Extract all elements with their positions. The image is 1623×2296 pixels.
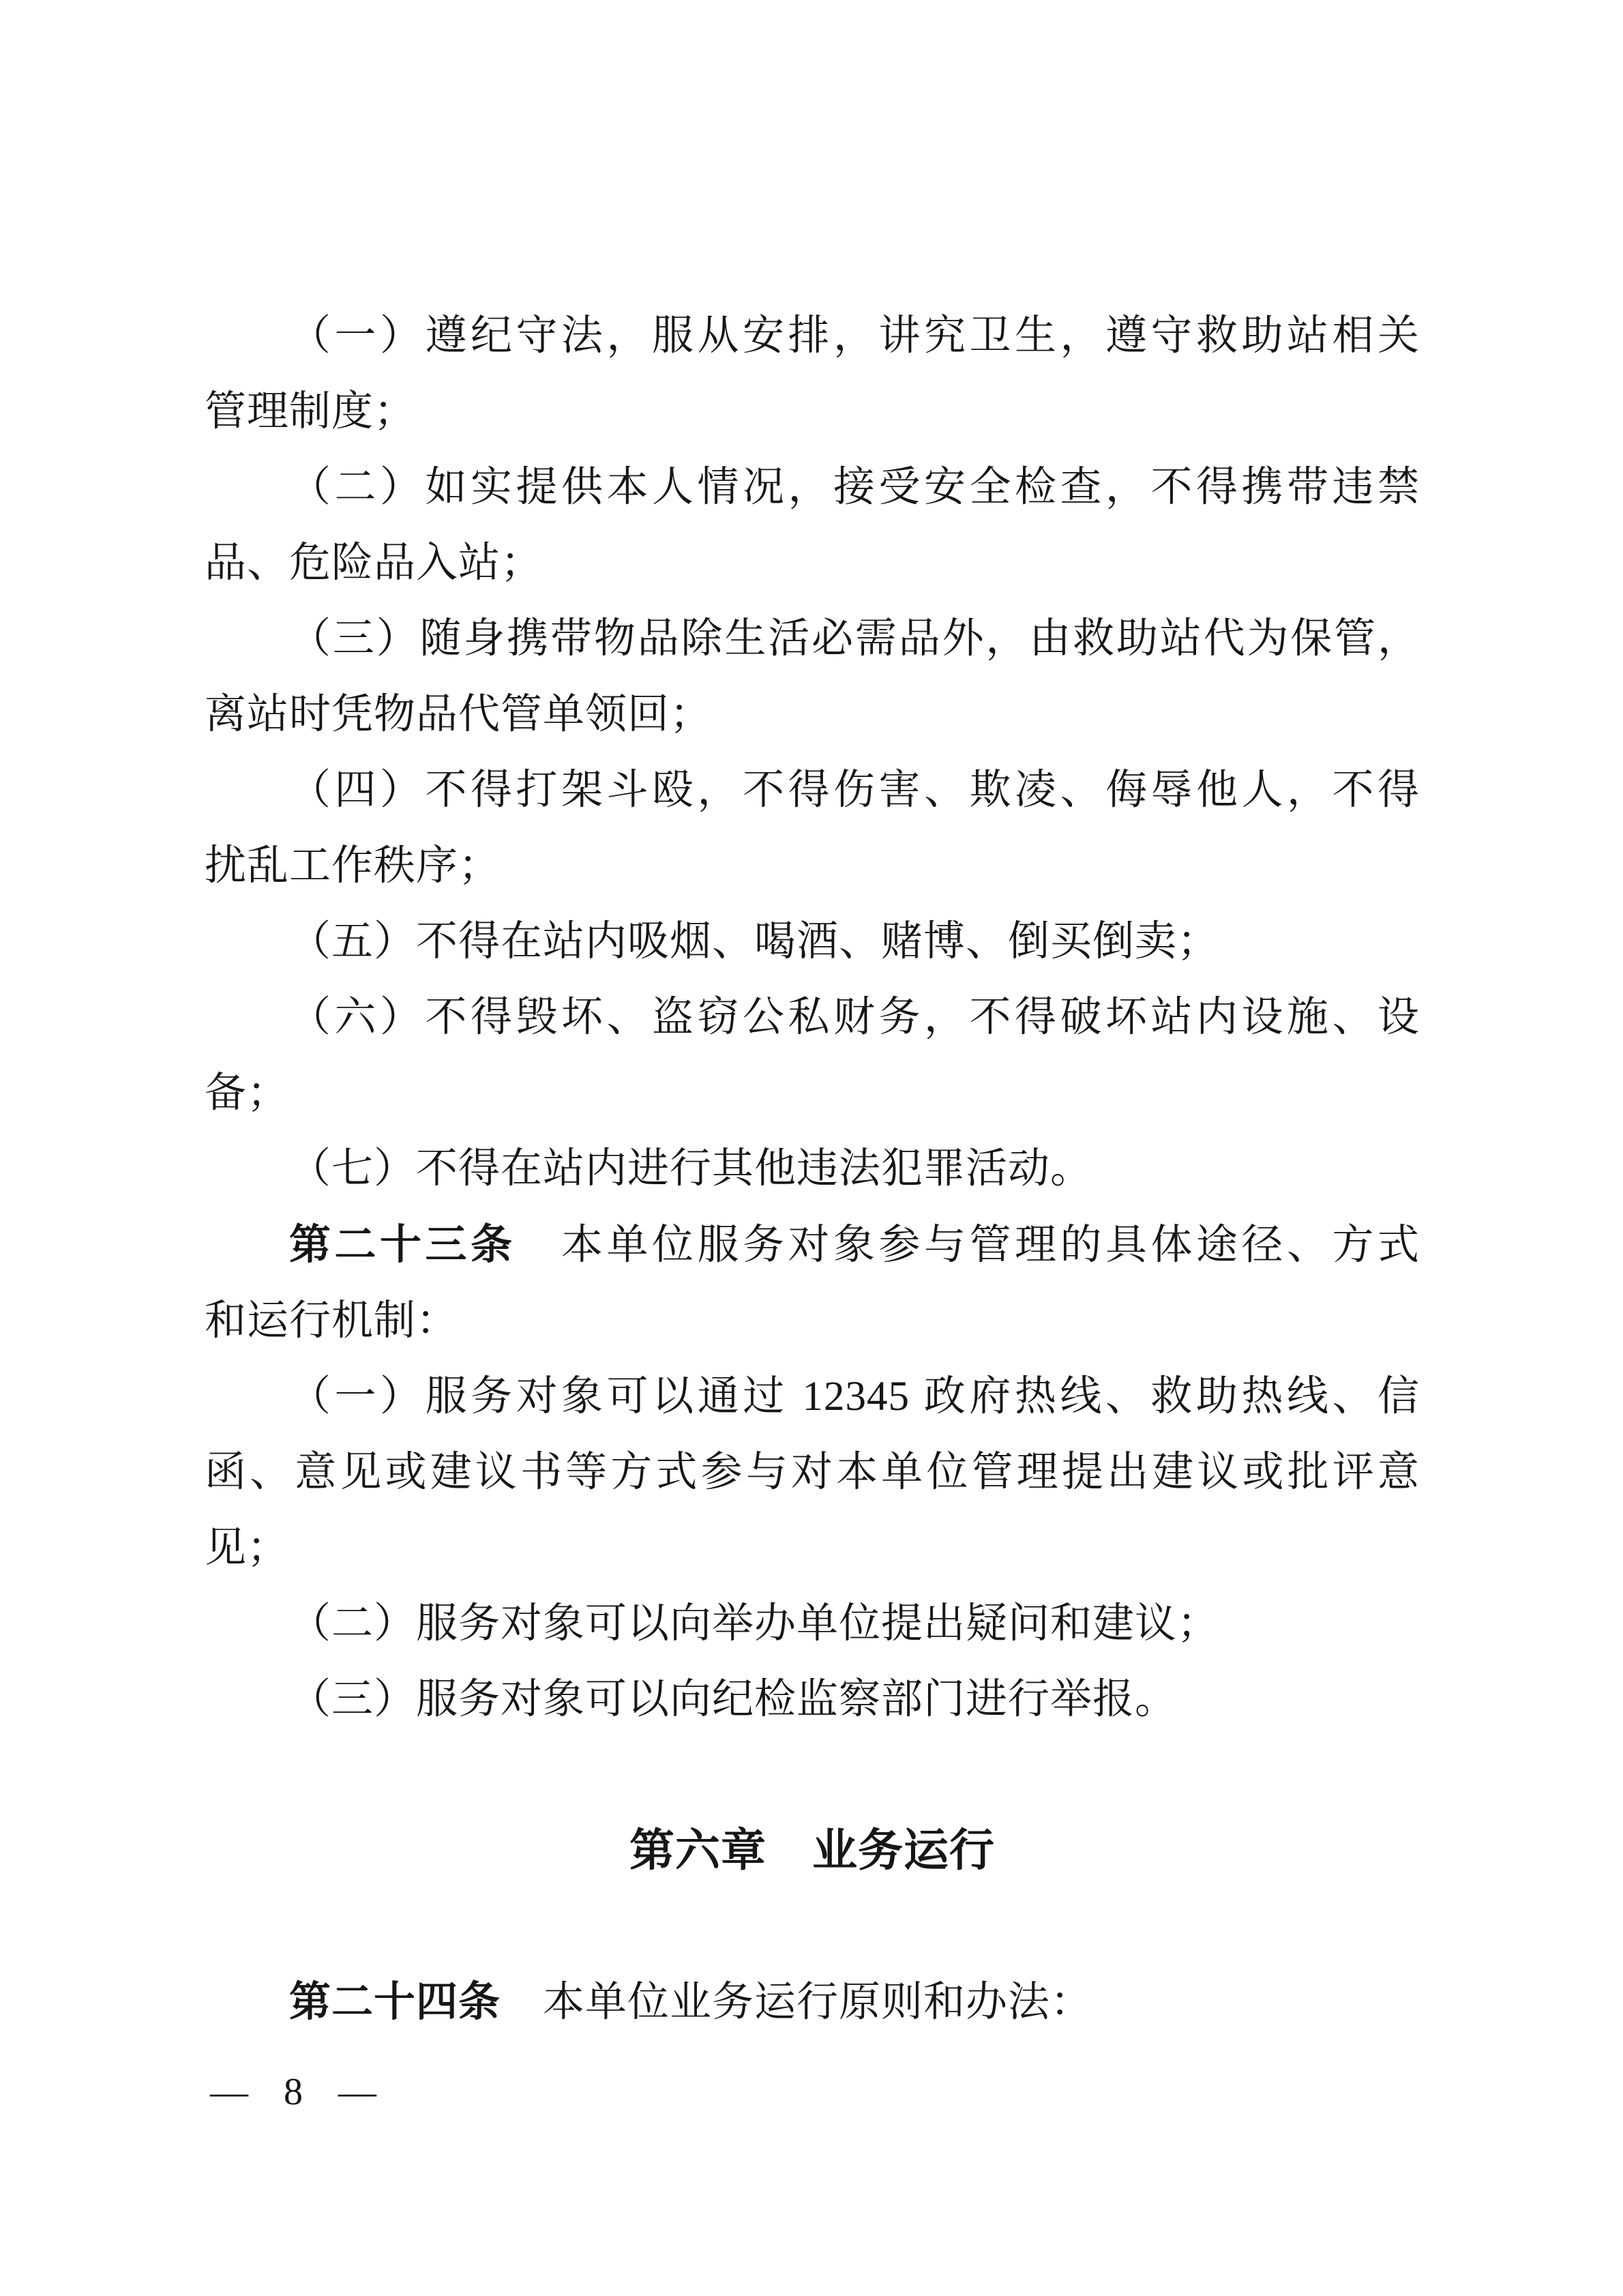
text-segment: 管理制度；: [205, 389, 416, 435]
chapter-heading: 第六章 业务运行: [205, 1812, 1420, 1889]
text-segment: （二）如实提供本人情况，接受安全检查，不得携带违禁: [289, 465, 1420, 510]
text-line: 第二十三条 本单位服务对象参与管理的具体途径、方式: [205, 1207, 1420, 1283]
text-line: 离站时凭物品代管单领回；: [205, 677, 1420, 752]
text-line: 品、危险品入站；: [205, 525, 1420, 601]
text-segment: 扰乱工作秩序；: [205, 843, 501, 889]
text-line: 函、意见或建议书等方式参与对本单位管理提出建议或批评意: [205, 1434, 1420, 1510]
text-segment: （四）不得打架斗殴，不得伤害、欺凌、侮辱他人，不得: [289, 767, 1420, 813]
text-segment: 备；: [205, 1070, 289, 1116]
text-segment: （二）服务对象可以向举办单位提出疑问和建议；: [289, 1601, 1219, 1647]
text-line: 备；: [205, 1055, 1420, 1131]
text-line: （一）服务对象可以通过 12345 政府热线、救助热线、信: [205, 1359, 1420, 1434]
bold-term: 第二十三条: [289, 1221, 516, 1267]
document-page: （一）遵纪守法，服从安排，讲究卫生，遵守救助站相关管理制度；（二）如实提供本人情…: [0, 0, 1623, 2296]
text-line: （五）不得在站内吸烟、喝酒、赌博、倒买倒卖；: [205, 904, 1420, 980]
bold-term: 第二十四条: [289, 1978, 501, 2025]
text-segment: （三）服务对象可以向纪检监察部门进行举报。: [289, 1677, 1177, 1722]
text-line: （四）不得打架斗殴，不得伤害、欺凌、侮辱他人，不得: [205, 752, 1420, 828]
text-segment: 离站时凭物品代管单领回；: [205, 692, 712, 737]
text-segment: （六）不得毁坏、盗窃公私财务，不得破坏站内设施、设: [289, 995, 1420, 1040]
text-segment: （一）服务对象可以通过 12345 政府热线、救助热线、信: [289, 1374, 1420, 1419]
text-line: （二）服务对象可以向举办单位提出疑问和建议；: [205, 1586, 1420, 1662]
document-body: （一）遵纪守法，服从安排，讲究卫生，遵守救助站相关管理制度；（二）如实提供本人情…: [205, 298, 1420, 2040]
text-line: 管理制度；: [205, 374, 1420, 450]
text-line: 见；: [205, 1510, 1420, 1586]
text-line: （六）不得毁坏、盗窃公私财务，不得破坏站内设施、设: [205, 980, 1420, 1055]
text-line: （一）遵纪守法，服从安排，讲究卫生，遵守救助站相关: [205, 298, 1420, 374]
text-segment: 本单位服务对象参与管理的具体途径、方式: [516, 1222, 1420, 1268]
text-line: 扰乱工作秩序；: [205, 828, 1420, 904]
text-segment: 函、意见或建议书等方式参与对本单位管理提出建议或批评意: [205, 1449, 1420, 1495]
text-segment: 见；: [205, 1525, 289, 1571]
text-line: （七）不得在站内进行其他违法犯罪活动。: [205, 1131, 1420, 1207]
text-segment: （三）随身携带物品除生活必需品外，由救助站代为保管，: [289, 616, 1420, 662]
text-segment: 品、危险品入站；: [205, 540, 543, 586]
text-segment: （一）遵纪守法，服从安排，讲究卫生，遵守救助站相关: [289, 313, 1420, 359]
text-segment: 本单位业务运行原则和办法：: [501, 1979, 1092, 2025]
text-line: 第二十四条 本单位业务运行原则和办法：: [205, 1964, 1420, 2040]
text-segment: （五）不得在站内吸烟、喝酒、赌博、倒买倒卖；: [289, 919, 1219, 965]
text-line: （三）随身携带物品除生活必需品外，由救助站代为保管，: [205, 601, 1420, 677]
bold-term: 第六章 业务运行: [629, 1825, 995, 1875]
text-line: （三）服务对象可以向纪检监察部门进行举报。: [205, 1662, 1420, 1737]
text-segment: 和运行机制：: [205, 1298, 458, 1344]
text-line: 和运行机制：: [205, 1283, 1420, 1359]
page-number: — 8 —: [210, 2068, 376, 2116]
text-segment: （七）不得在站内进行其他违法犯罪活动。: [289, 1146, 1092, 1192]
text-line: （二）如实提供本人情况，接受安全检查，不得携带违禁: [205, 450, 1420, 525]
